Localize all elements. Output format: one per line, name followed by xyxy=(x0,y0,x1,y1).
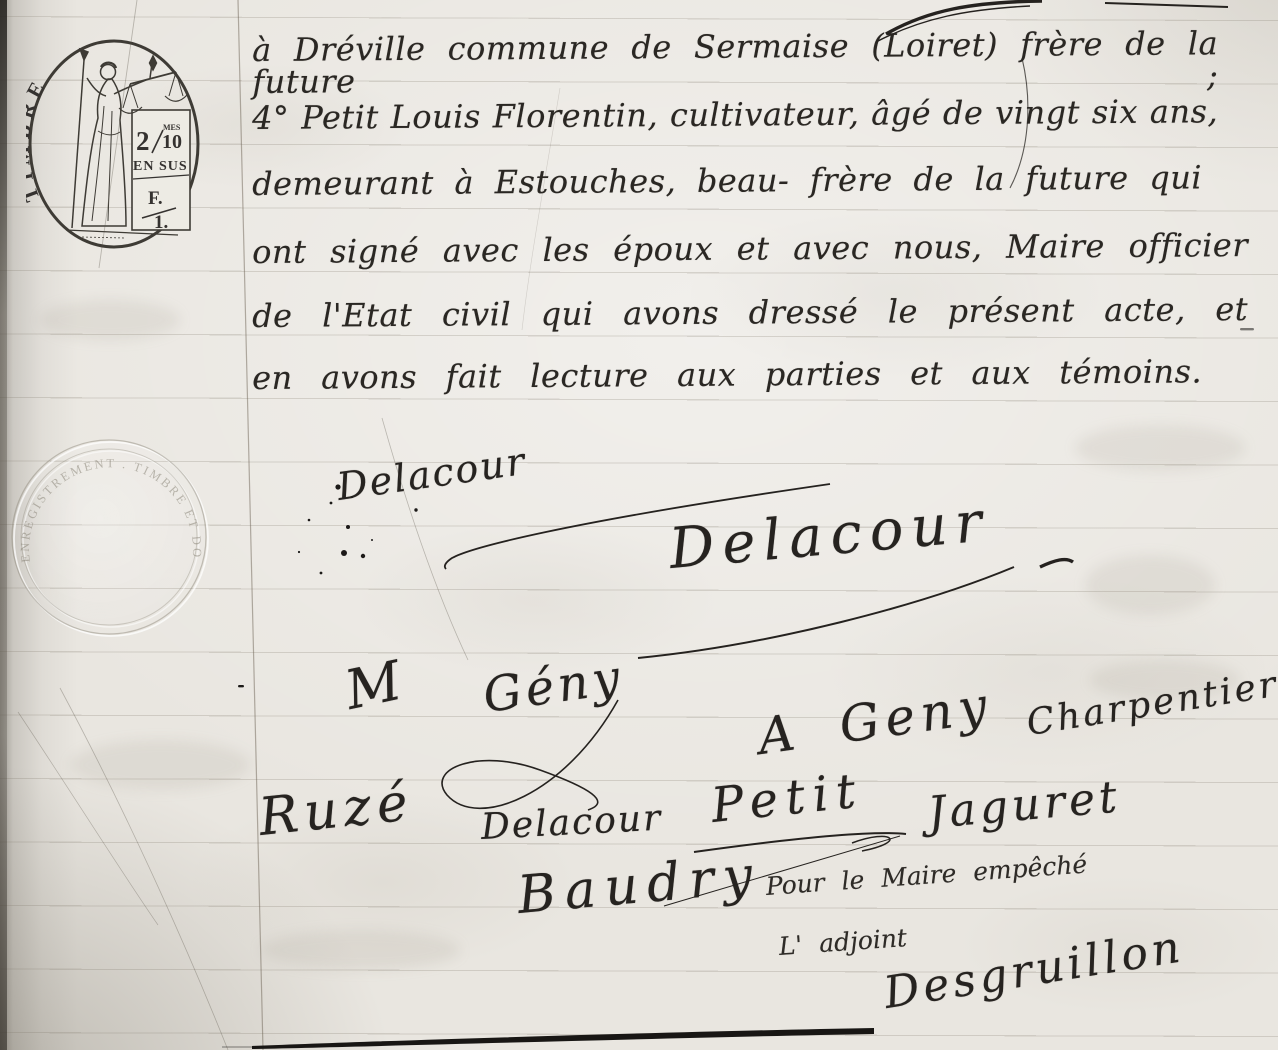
signature-geny-initial: M xyxy=(341,654,406,718)
bottom-rule-stroke xyxy=(252,1028,874,1049)
signature-jaguret: Jaguret xyxy=(926,775,1122,836)
margin-rule xyxy=(238,0,263,1050)
stamp-franc: F. xyxy=(148,188,163,209)
stamp-exponent: MES xyxy=(163,123,181,132)
annotation-for-the-mayor: Pour le Maire empêché xyxy=(765,852,1088,899)
stamp-surcharge: EN SUS xyxy=(133,159,188,174)
stamp-denominator: 10 xyxy=(162,131,182,153)
bleedthrough-mark xyxy=(1085,555,1215,615)
signature-a-geny: A Geny xyxy=(755,680,996,762)
signature-desgruillon: Desgruillon xyxy=(881,925,1187,1016)
signature-geny: Gény xyxy=(480,653,626,720)
signature-petit: Petit xyxy=(709,766,866,830)
bleedthrough-mark xyxy=(260,930,460,970)
signature-delacour-large: Delacour xyxy=(667,494,992,578)
embossed-seal: ENREGISTREMENT . TIMBRE ET DOMAINES xyxy=(4,430,216,646)
signature-ruze: Ruzé xyxy=(257,776,416,844)
handwritten-line-2: 4° Petit Louis Florentin, cultivateur, â… xyxy=(252,95,1218,134)
handwritten-line-1: à Dréville commune de Sermaise (Loiret) … xyxy=(252,27,1218,98)
handwritten-line-6: en avons fait lecture aux parties et aux… xyxy=(252,355,1202,394)
revenue-stamp: TIMBRE 2 10 MES EN SUS F. 1. xyxy=(26,36,202,254)
handwritten-line-5: de l'Etat civil qui avons dressé le prés… xyxy=(252,293,1248,332)
bleedthrough-mark xyxy=(40,300,180,340)
registry-page: TIMBRE 2 10 MES EN SUS F. 1. xyxy=(0,0,1278,1050)
signature-baudry: Baudry xyxy=(515,849,763,922)
bleedthrough-mark xyxy=(70,740,250,790)
stamp-numerator: 2 xyxy=(136,126,150,156)
signature-charpentier: Charpentier xyxy=(1024,667,1278,742)
signature-delacour-top: Delacour xyxy=(335,442,529,506)
signature-delacour-witness: Delacour xyxy=(480,801,663,846)
stamp-value: 1. xyxy=(154,212,168,233)
svg-text:TIMBRE: TIMBRE xyxy=(26,73,52,205)
handwritten-line-3: demeurant à Estouches, beau- frère de la… xyxy=(252,161,1202,200)
stamp-timbre-label: TIMBRE xyxy=(26,73,52,205)
bleedthrough-mark xyxy=(1075,425,1245,471)
annotation-deputy: L' adjoint xyxy=(778,925,908,959)
handwritten-line-4: ont signé avec les époux et avec nous, M… xyxy=(252,229,1248,268)
